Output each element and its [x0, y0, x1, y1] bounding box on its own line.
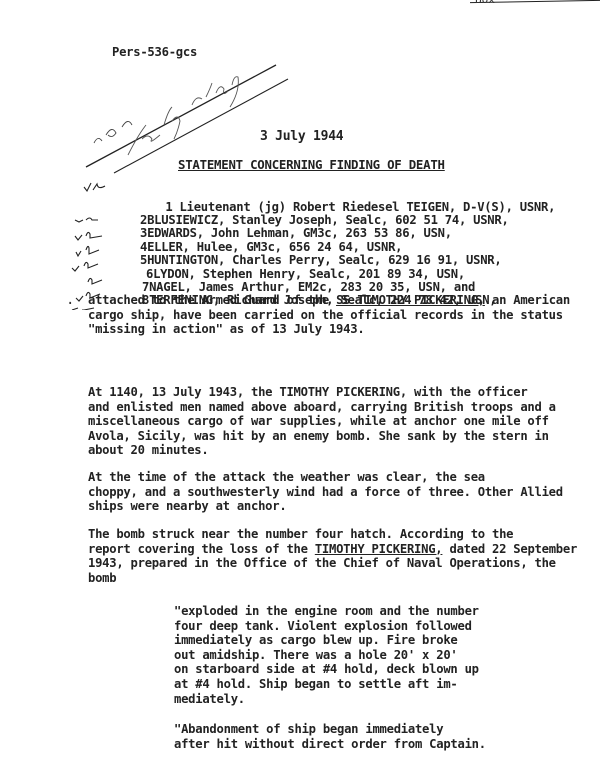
paragraph-weather: At the time of the attack the weather wa…: [88, 470, 563, 514]
entry-number: 1: [165, 200, 172, 214]
document-page: Box Pers-536-gcs 3 July 1944 STATEMENT C…: [0, 0, 600, 768]
handwritten-checkmarks: [62, 180, 137, 310]
ship-name-report: TIMOTHY PICKERING,: [315, 542, 443, 556]
list-item: 2BLUSIEWICZ, Stanley Joseph, Sealc, 602 …: [140, 214, 509, 227]
corner-label: Box: [475, 0, 495, 6]
paragraph-status: attached to the Armed Guard of the SS TI…: [88, 293, 570, 337]
entry-text: Lieutenant (jg) Robert Riedesel TEIGEN, …: [180, 200, 556, 214]
quote-report: "exploded in the engine room and the num…: [174, 604, 479, 706]
paragraph-attack: At 1140, 13 July 1943, the TIMOTHY PICKE…: [88, 385, 556, 458]
quote-abandonment: "Abandonment of ship began immediately a…: [174, 722, 486, 751]
list-item: 5HUNTINGTON, Charles Perry, Sealc, 629 1…: [140, 254, 509, 267]
ship-name: SS TIMOTHY PICKERING,: [336, 293, 485, 307]
list-item: 6LYDON, Stephen Henry, Sealc, 201 89 34,…: [140, 268, 509, 281]
paragraph-report: The bomb struck near the number four hat…: [88, 527, 577, 585]
list-item: 4ELLER, Hulee, GM3c, 656 24 64, USNR,: [140, 241, 509, 254]
document-title: STATEMENT CONCERNING FINDING OF DEATH: [178, 157, 445, 172]
document-date: 3 July 1944: [260, 129, 343, 144]
margin-dot: ·: [66, 296, 74, 312]
list-item: 3EDWARDS, John Lehman, GM3c, 263 53 86, …: [140, 227, 509, 240]
